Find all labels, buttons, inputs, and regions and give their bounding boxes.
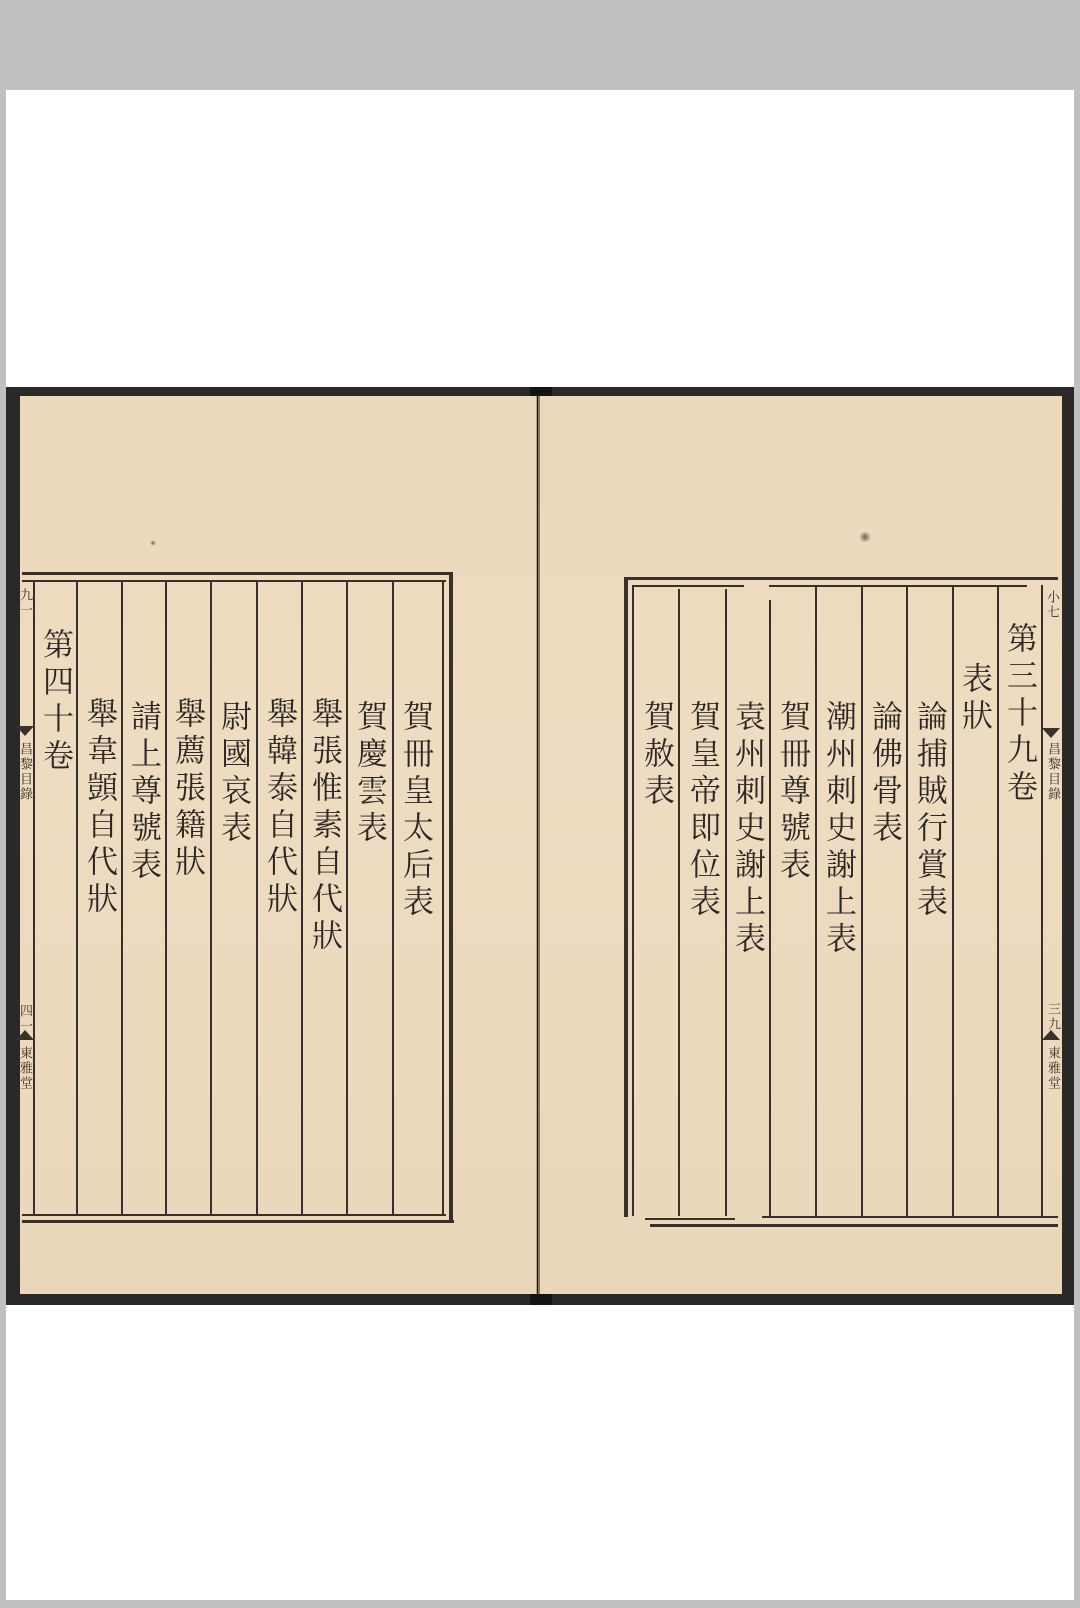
toc-entry: 舉韓泰自代狀 (263, 697, 294, 919)
toc-entry: 論捕賊行賞表 (913, 700, 944, 922)
fishtail-icon (16, 726, 34, 736)
toc-entry: 賀赦表 (640, 700, 671, 811)
toc-entry: 賀冊皇太后表 (399, 700, 430, 922)
right-banxin-title: 昌黎目錄 (1046, 742, 1059, 802)
toc-entry: 論佛骨表 (868, 700, 899, 848)
fishtail-icon (1042, 1030, 1060, 1040)
right-banxin-top: 小七 (1045, 590, 1058, 620)
toc-entry: 賀冊尊號表 (776, 700, 807, 885)
section-heading: 表狀 (958, 662, 989, 736)
fishtail-icon (16, 1030, 34, 1040)
left-banxin-publisher: 東雅堂 (18, 1046, 31, 1091)
toc-entry: 賀皇帝即位表 (686, 700, 717, 922)
volume-heading: 第四十卷 (39, 628, 70, 776)
toc-entry: 尉國哀表 (217, 700, 248, 848)
toc-entry: 請上尊號表 (127, 700, 158, 885)
left-banxin-top: 九一 (18, 588, 31, 618)
paper-stain (150, 540, 156, 546)
fishtail-icon (1042, 728, 1060, 738)
volume-heading: 第三十九卷 (1003, 622, 1034, 807)
toc-entry: 潮州刺史謝上表 (822, 700, 853, 959)
toc-entry: 舉韋顗自代狀 (83, 697, 114, 919)
right-banxin-leaf: 三九 (1046, 1002, 1059, 1032)
toc-entry: 舉薦張籍狀 (171, 697, 202, 882)
right-banxin-publisher: 東雅堂 (1046, 1046, 1059, 1091)
toc-entry: 舉張惟素自代狀 (308, 697, 339, 956)
toc-entry: 賀慶雲表 (353, 700, 384, 848)
left-banxin-title: 昌黎目錄 (18, 742, 31, 802)
paper-stain (858, 532, 872, 542)
toc-entry: 袁州刺史謝上表 (731, 700, 762, 959)
